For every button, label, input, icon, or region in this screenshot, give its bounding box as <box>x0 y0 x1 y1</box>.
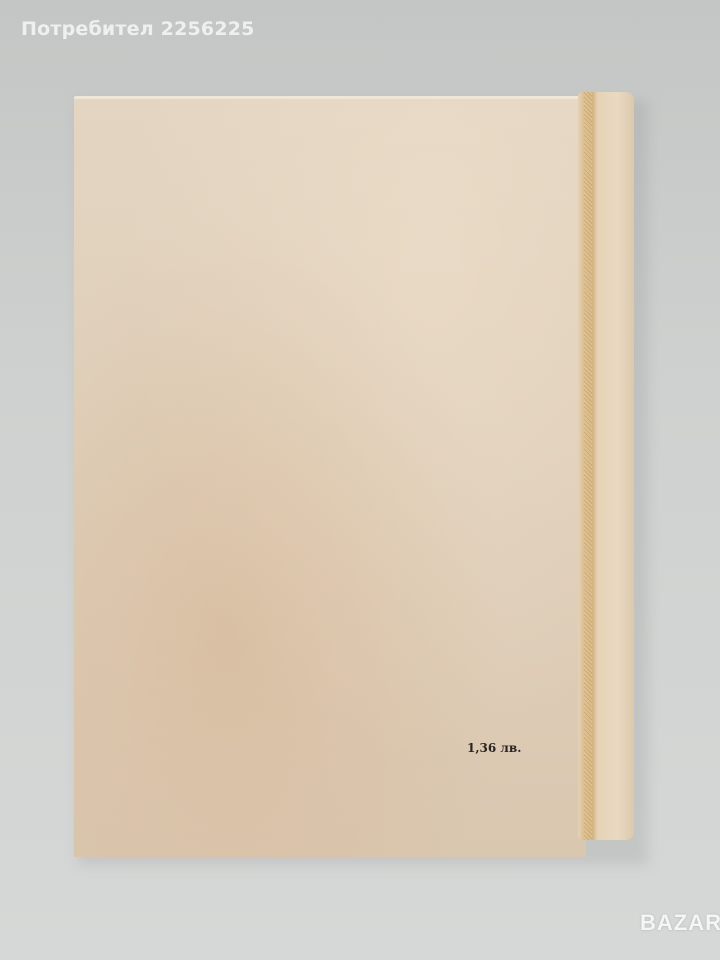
bazar-logo-icon: BAZAR <box>640 910 720 936</box>
spine-hinge <box>584 92 592 840</box>
user-watermark: Потребител 2256225 <box>21 18 255 40</box>
book-spine <box>578 92 634 840</box>
price-label: 1,36 лв. <box>467 741 521 755</box>
